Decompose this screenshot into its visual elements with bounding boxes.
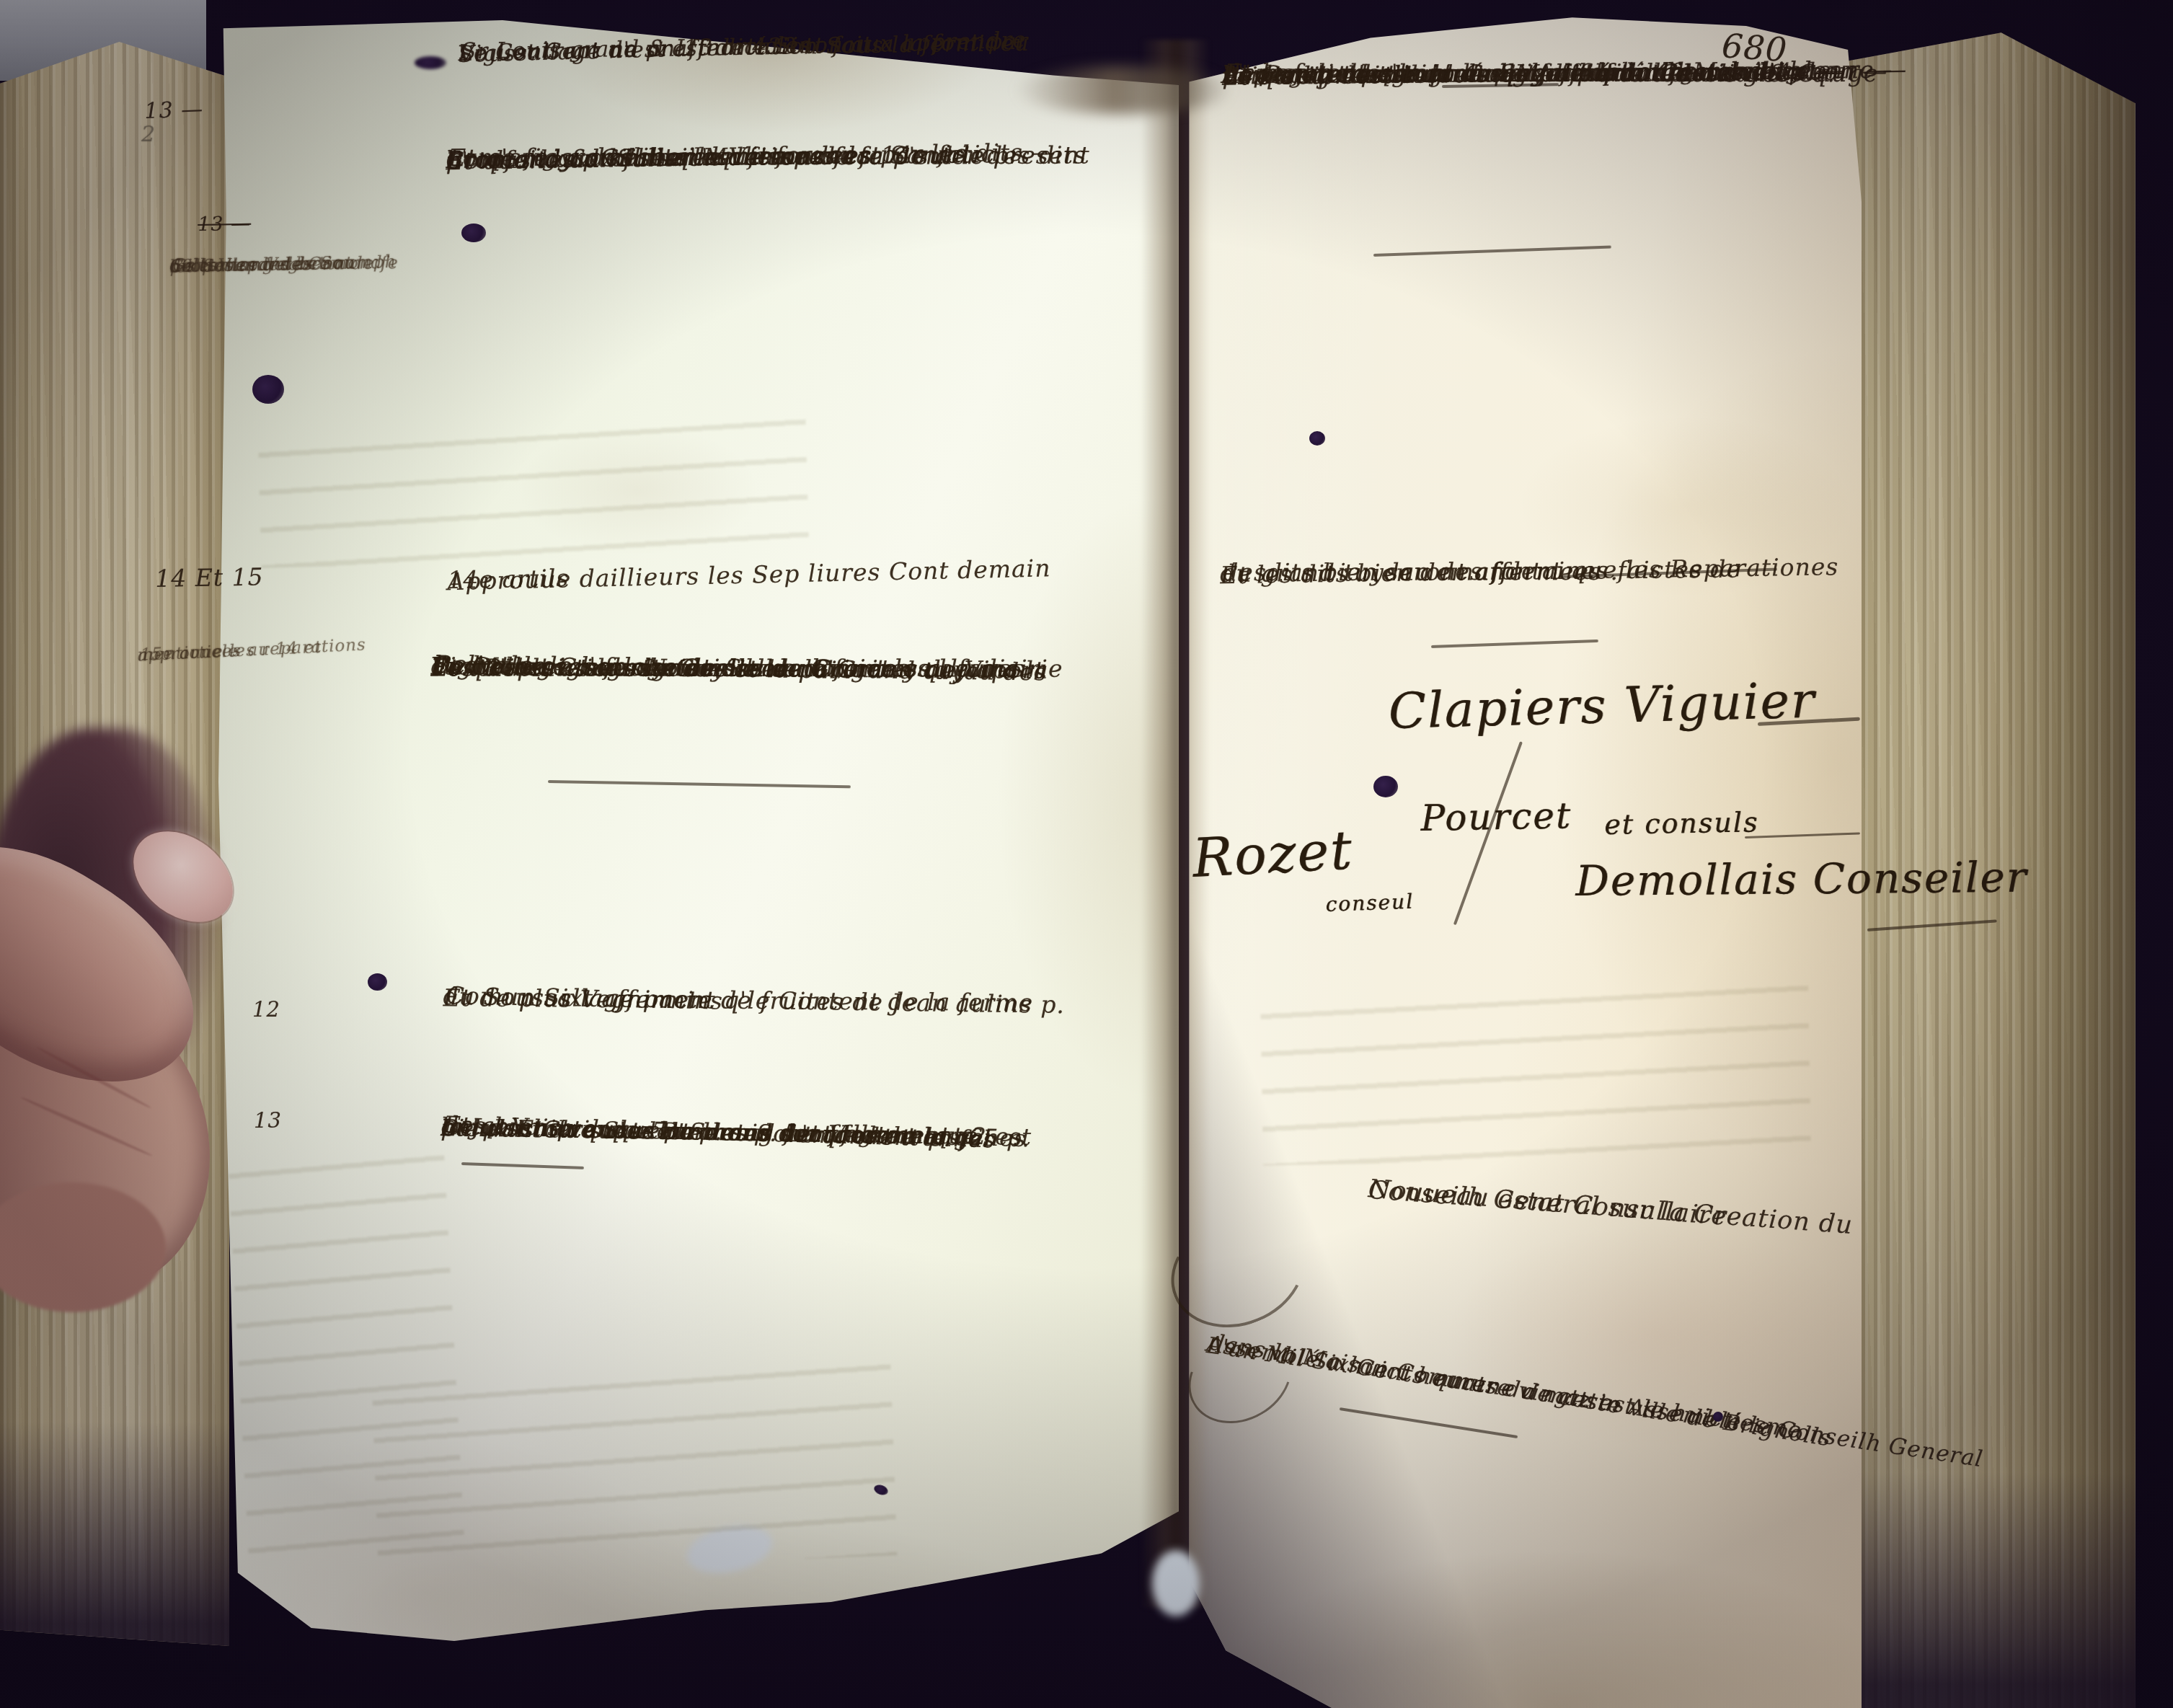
ink-blot	[1713, 1412, 1723, 1422]
bleedthrough-ghost	[372, 1361, 898, 1574]
signature-rozet-title: conseul	[1325, 890, 1415, 916]
manuscript-line: 14e artils	[447, 560, 570, 598]
paper-glint	[1152, 1550, 1200, 1616]
page-edge-shadow	[1837, 1472, 2136, 1708]
page-edge-shadow	[0, 1422, 229, 1647]
signature-clapiers-viguier: Clapiers Viguier	[1388, 672, 1816, 740]
manuscript-line: Conlfeit aux kimitsi denise	[446, 137, 787, 180]
bleedthrough-ghost	[1260, 983, 1811, 1165]
bleedthrough-ghost	[258, 417, 810, 568]
manuscript-line: Comun Sixt affermins	[446, 977, 723, 1020]
margin-number: 13 —	[144, 99, 204, 123]
ink-blot	[415, 56, 446, 69]
ink-blot	[1373, 776, 1398, 797]
stack-pencil-mark: 2	[141, 124, 156, 146]
margin-note-line: 60 tt	[169, 253, 215, 279]
signature-pourcet-title: et consuls	[1604, 806, 1759, 841]
margin-number: 13 —	[198, 214, 251, 234]
manuscript-photo: 2 13 — 13 — Soussallage n'est affermé Si…	[0, 0, 2173, 1708]
margin-note-line: 15e article	[140, 640, 239, 667]
ink-blot	[1309, 431, 1325, 446]
ink-blot	[461, 224, 486, 242]
signature-rozet: Rozet	[1191, 819, 1355, 890]
manuscript-line: desdits bien seront affermees .	[1223, 553, 1619, 590]
margin-number: 13	[254, 1110, 282, 1131]
ink-blot	[368, 973, 387, 991]
page-edge-smudge	[1015, 66, 1231, 114]
signature-demollais: Demollais Conseiler	[1575, 853, 2028, 906]
margin-number: 12	[252, 999, 280, 1020]
manuscript-line: tt	[433, 647, 454, 685]
manuscript-line: Vignes et C sel signee	[431, 647, 713, 687]
ink-blot	[252, 375, 284, 404]
margin-number: 14 Et 15	[155, 565, 264, 590]
signature-pourcet: Pourcet	[1420, 795, 1572, 839]
manuscript-line: primes p. estat auné de brandebourg	[1222, 53, 1696, 94]
